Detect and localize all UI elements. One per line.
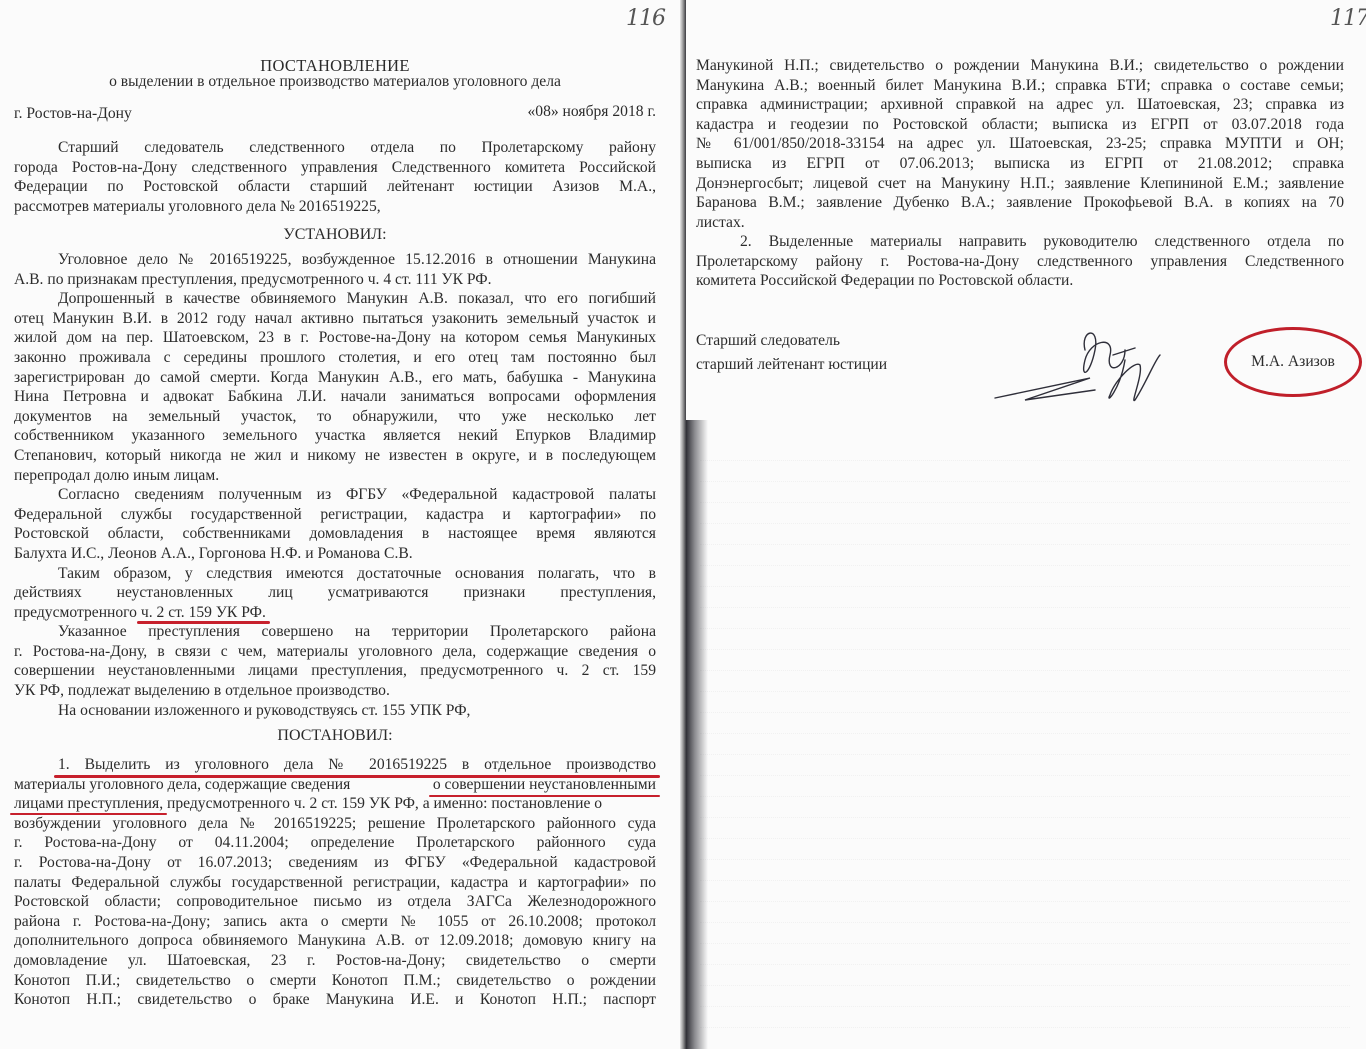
- page-number-left: 116: [626, 6, 665, 31]
- intro-paragraph: Старший следователь следственного отдела…: [14, 138, 656, 216]
- underlined-clause-1: 1. Выделить из уголовного дела № 2016519…: [58, 755, 656, 775]
- underlined-clause-3: лицами преступления,: [14, 795, 163, 812]
- established-heading: УСТАНОВИЛ:: [14, 225, 656, 245]
- established-body: Уголовное дело № 2016519225, возбужденно…: [14, 250, 656, 720]
- bleed-through-text: [700, 440, 1350, 1040]
- page-number-right: 117: [1330, 6, 1366, 31]
- signatory-position: Старший следователь: [696, 332, 840, 350]
- underlined-article-159: ч. 2 ст. 159 УК РФ.: [141, 604, 266, 621]
- document-subtitle: о выделении в отдельное производство мат…: [14, 72, 656, 92]
- resolved-heading: ПОСТАНОВИЛ:: [14, 726, 656, 746]
- continued-list: Манукиной Н.П.; свидетельство о рождении…: [696, 56, 1344, 232]
- highlighted-signatory-name: М.А. Азизов: [1224, 327, 1362, 397]
- clause-2: 2. Выделенные материалы направить руково…: [696, 232, 1344, 291]
- document-date: «08» ноября 2018 г.: [510, 102, 656, 122]
- highlighted-article-line: предусмотренного ч. 2 ст. 159 УК РФ.: [14, 603, 656, 623]
- signatory-rank: старший лейтенант юстиции: [696, 356, 887, 374]
- document-city: г. Ростов-на-Дону: [14, 104, 132, 124]
- resolved-body: 1. Выделить из уголовного дела № 2016519…: [14, 755, 656, 1010]
- underlined-clause-2: о совершении неустановленными: [433, 775, 656, 795]
- handwritten-signature: [985, 320, 1185, 410]
